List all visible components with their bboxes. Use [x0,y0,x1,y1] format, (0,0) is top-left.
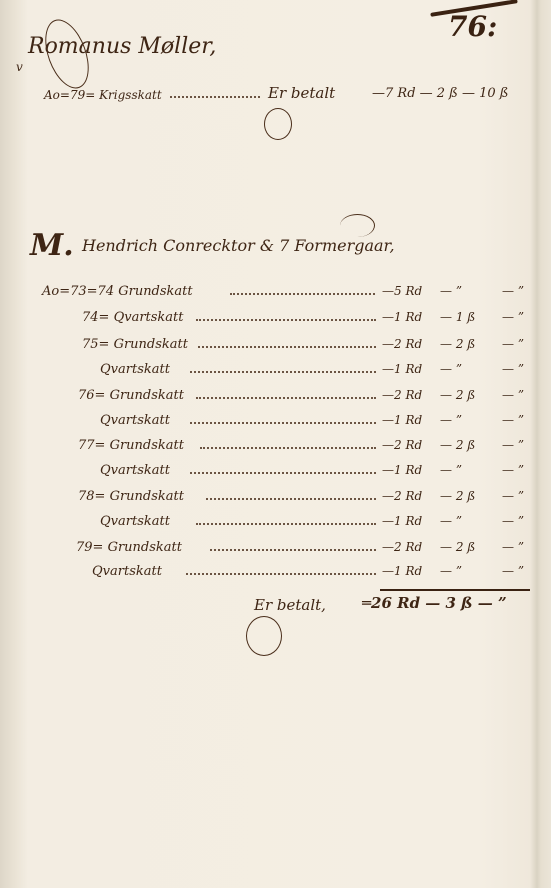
ledger-row: Qvartskatt —1 Rd — ” — ” [0,362,551,384]
entry1-prefix: v [16,60,23,74]
ledger-row: 79= Grundskatt —2 Rd — 2 ß — ” [0,540,551,562]
entry2-flourish [340,214,375,237]
page-number: 76: [448,10,497,43]
entry1-paid-flourish [264,108,292,140]
ledger-page: 76: v Romanus Møller, Ao=79= Krigsskatt … [0,0,551,888]
ledger-row: 78= Grundskatt —2 Rd — 2 ß — ” [0,489,551,511]
ledger-row: Qvartskatt —1 Rd — ” — ” [0,463,551,485]
ledger-row: 74= Qvartskatt —1 Rd — 1 ß — ” [0,310,551,332]
entry2-name: Hendrich Conrecktor & 7 Formergaar, [82,236,395,255]
ledger-row: 76= Grundskatt —2 Rd — 2 ß — ” [0,388,551,410]
ledger-row: 77= Grundskatt —2 Rd — 2 ß — ” [0,438,551,460]
entry1-line-label: Ao=79= Krigsskatt [44,88,162,102]
ledger-row: Qvartskatt —1 Rd — ” — ” [0,413,551,435]
entry2-paid-label: Er betalt, [254,596,326,614]
entry1-leader-dots [170,96,260,98]
entry2-paid-flourish [246,616,282,656]
entry2-total: ═26 Rd — 3 ß — ” [362,594,507,612]
ledger-row: 75= Grundskatt —2 Rd — 2 ß — ” [0,337,551,359]
entry1-amount: —7 Rd — 2 ß — 10 ß [372,86,509,101]
ledger-row: Qvartskatt —1 Rd — ” — ” [0,514,551,536]
ledger-row: Ao=73=74 Grundskatt —5 Rd — ” — ” [0,284,551,306]
sum-rule [380,589,530,591]
ledger-row: Qvartskatt —1 Rd — ” — ” [0,564,551,586]
entry2-prefix: M. [30,228,74,263]
entry1-paid-label: Er betalt [268,84,335,102]
